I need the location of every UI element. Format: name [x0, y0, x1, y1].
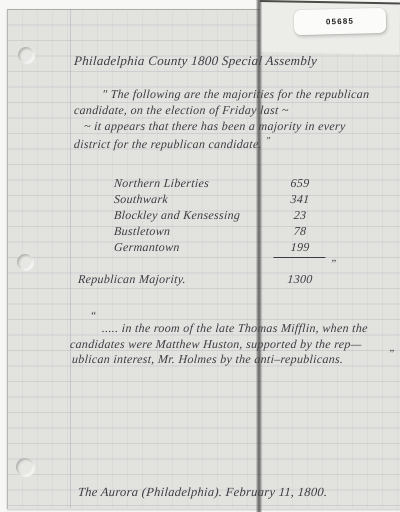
quote-mark: ”: [330, 258, 337, 270]
paragraph1-line4-text: district for the republican candidate.: [73, 137, 262, 151]
paragraph1-line1: " The following are the majorities for t…: [101, 87, 369, 102]
hole-punch-top: [18, 47, 34, 63]
quote-mark-close: ”: [388, 348, 395, 360]
majority-value-underlined: 199: [273, 240, 326, 258]
scanned-document-page: 05685 Philadelphia County 1800 Special A…: [0, 0, 400, 512]
majority-value: 659: [273, 176, 326, 191]
ruled-paper-sheet: [7, 9, 400, 509]
majority-value: 23: [273, 208, 326, 223]
district-name: Germantown: [113, 240, 180, 255]
district-name: Bustletown: [113, 224, 170, 239]
hole-punch-bottom: [16, 458, 34, 476]
quotation-line2: candidates were Matthew Huston, supporte…: [69, 337, 362, 352]
paragraph1-line4: district for the republican candidate. ”: [73, 135, 271, 152]
quote-mark: ”: [265, 135, 271, 145]
quote-mark-open: “: [90, 310, 97, 322]
total-value: 1300: [273, 272, 326, 287]
district-name: Blockley and Kensessing: [113, 208, 240, 223]
majority-value: 341: [273, 192, 326, 207]
catalog-number-sticker: 05685: [294, 8, 387, 35]
district-name: Northern Liberties: [113, 176, 209, 191]
photocopy-fold-shadow: [256, 0, 262, 512]
quotation-line3: ublican interest, Mr. Holmes by the anti…: [71, 352, 343, 367]
paper-margin-line: [70, 9, 71, 508]
quotation-line1: ..... in the room of the late Thomas Mif…: [101, 321, 368, 336]
source-citation-line: The Aurora (Philadelphia). February 11, …: [77, 485, 327, 500]
majority-value: 78: [273, 224, 326, 239]
document-title: Philadelphia County 1800 Special Assembl…: [73, 53, 317, 69]
paragraph1-line3: ~ it appears that there has been a major…: [83, 119, 346, 134]
hole-punch-middle: [17, 254, 33, 270]
district-name: Southwark: [113, 192, 168, 207]
catalog-number: 05685: [326, 17, 354, 27]
total-label: Republican Majority.: [77, 272, 186, 287]
